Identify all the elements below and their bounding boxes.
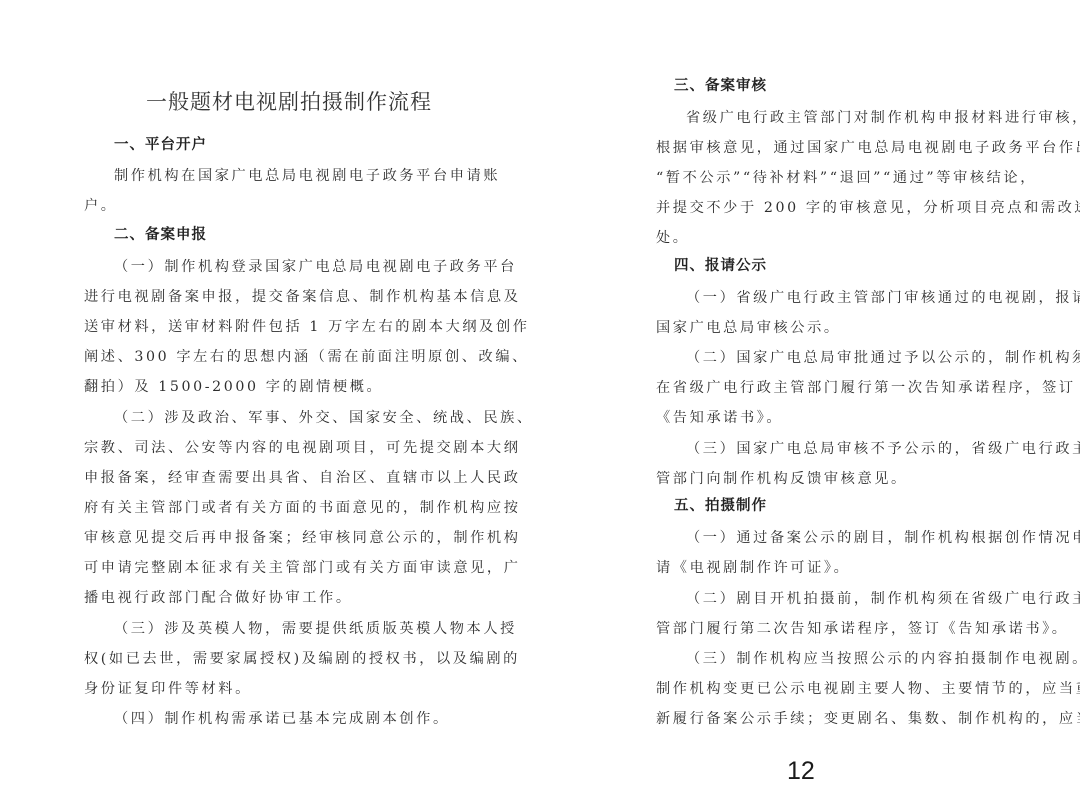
paragraph-line: 并提交不少于 200 字的审核意见，分析项目亮点和需改进之 xyxy=(656,198,1080,218)
paragraph-line: 权(如已去世，需要家属授权)及编剧的授权书，以及编剧的 xyxy=(84,649,520,669)
paragraph-line: “暂不公示”“待补材料”“退回”“通过”等审核结论， xyxy=(656,168,1037,188)
paragraph-line: 身份证复印件等材料。 xyxy=(84,679,252,699)
paragraph-line: 户。 xyxy=(84,196,118,216)
paragraph-line: （二）国家广电总局审批通过予以公示的，制作机构须 xyxy=(686,348,1080,368)
section-heading-request-publicity: 四、报请公示 xyxy=(674,256,767,276)
paragraph-line: 进行电视剧备案申报，提交备案信息、制作机构基本信息及 xyxy=(84,287,520,307)
section-heading-filing-review: 三、备案审核 xyxy=(674,76,767,96)
paragraph-line: 府有关主管部门或者有关方面的书面意见的，制作机构应按 xyxy=(84,498,520,518)
paragraph-line: 请《电视剧制作许可证》。 xyxy=(656,558,850,578)
paragraph-line: （二）涉及政治、军事、外交、国家安全、统战、民族、 xyxy=(114,408,534,428)
paragraph-line: 国家广电总局审核公示。 xyxy=(656,318,841,338)
section-heading-shooting-production: 五、拍摄制作 xyxy=(674,496,767,516)
document-title: 一般题材电视剧拍摄制作流程 xyxy=(146,86,432,116)
paragraph-line: 省级广电行政主管部门对制作机构申报材料进行审核， xyxy=(686,108,1080,128)
page-number: 12 xyxy=(787,757,815,786)
paragraph-line: 管部门履行第二次告知承诺程序，签订《告知承诺书》。 xyxy=(656,619,1069,639)
paragraph-line: （四）制作机构需承诺已基本完成剧本创作。 xyxy=(114,709,450,729)
paragraph-line: 管部门向制作机构反馈审核意见。 xyxy=(656,469,908,489)
paragraph-line: 可申请完整剧本征求有关主管部门或有关方面审读意见，广 xyxy=(84,558,520,578)
paragraph-line: 翻拍）及 1500-2000 字的剧情梗概。 xyxy=(84,377,383,397)
paragraph-line: 送审材料，送审材料附件包括 1 万字左右的剧本大纲及创作 xyxy=(84,317,530,337)
paragraph-line: 宗教、司法、公安等内容的电视剧项目，可先提交剧本大纲 xyxy=(84,438,520,458)
paragraph-line: 根据审核意见，通过国家广电总局电视剧电子政务平台作出 xyxy=(656,138,1080,158)
paragraph-line: 审核意见提交后再申报备案；经审核同意公示的，制作机构 xyxy=(84,528,520,548)
paragraph-line: （一）省级广电行政主管部门审核通过的电视剧，报请 xyxy=(686,288,1080,308)
section-heading-platform-account: 一、平台开户 xyxy=(114,135,207,155)
paragraph-line: （一）通过备案公示的剧目，制作机构根据创作情况申 xyxy=(686,528,1080,548)
paragraph-line: （一）制作机构登录国家广电总局电视剧电子政务平台 xyxy=(114,257,517,277)
paragraph-line: 《告知承诺书》。 xyxy=(656,408,783,428)
paragraph-line: （三）制作机构应当按照公示的内容拍摄制作电视剧。 xyxy=(686,649,1080,669)
paragraph-line: 播电视行政部门配合做好协审工作。 xyxy=(84,588,353,608)
paragraph-line: 新履行备案公示手续；变更剧名、集数、制作机构的，应当 xyxy=(656,709,1080,729)
paragraph-line: 处。 xyxy=(656,228,690,248)
paragraph-line: （三）涉及英模人物，需要提供纸质版英模人物本人授 xyxy=(114,619,517,639)
paragraph-line: 制作机构在国家广电总局电视剧电子政务平台申请账 xyxy=(114,166,500,186)
paragraph-line: （二）剧目开机拍摄前，制作机构须在省级广电行政主 xyxy=(686,589,1080,609)
section-heading-filing-application: 二、备案申报 xyxy=(114,225,207,245)
paragraph-line: （三）国家广电总局审核不予公示的，省级广电行政主 xyxy=(686,439,1080,459)
paragraph-line: 制作机构变更已公示电视剧主要人物、主要情节的，应当重 xyxy=(656,679,1080,699)
paragraph-line: 在省级广电行政主管部门履行第一次告知承诺程序，签订 xyxy=(656,378,1076,398)
paragraph-line: 申报备案，经审查需要出具省、自治区、直辖市以上人民政 xyxy=(84,468,520,488)
paragraph-line: 阐述、300 字左右的思想内涵（需在前面注明原创、改编、 xyxy=(84,347,529,367)
